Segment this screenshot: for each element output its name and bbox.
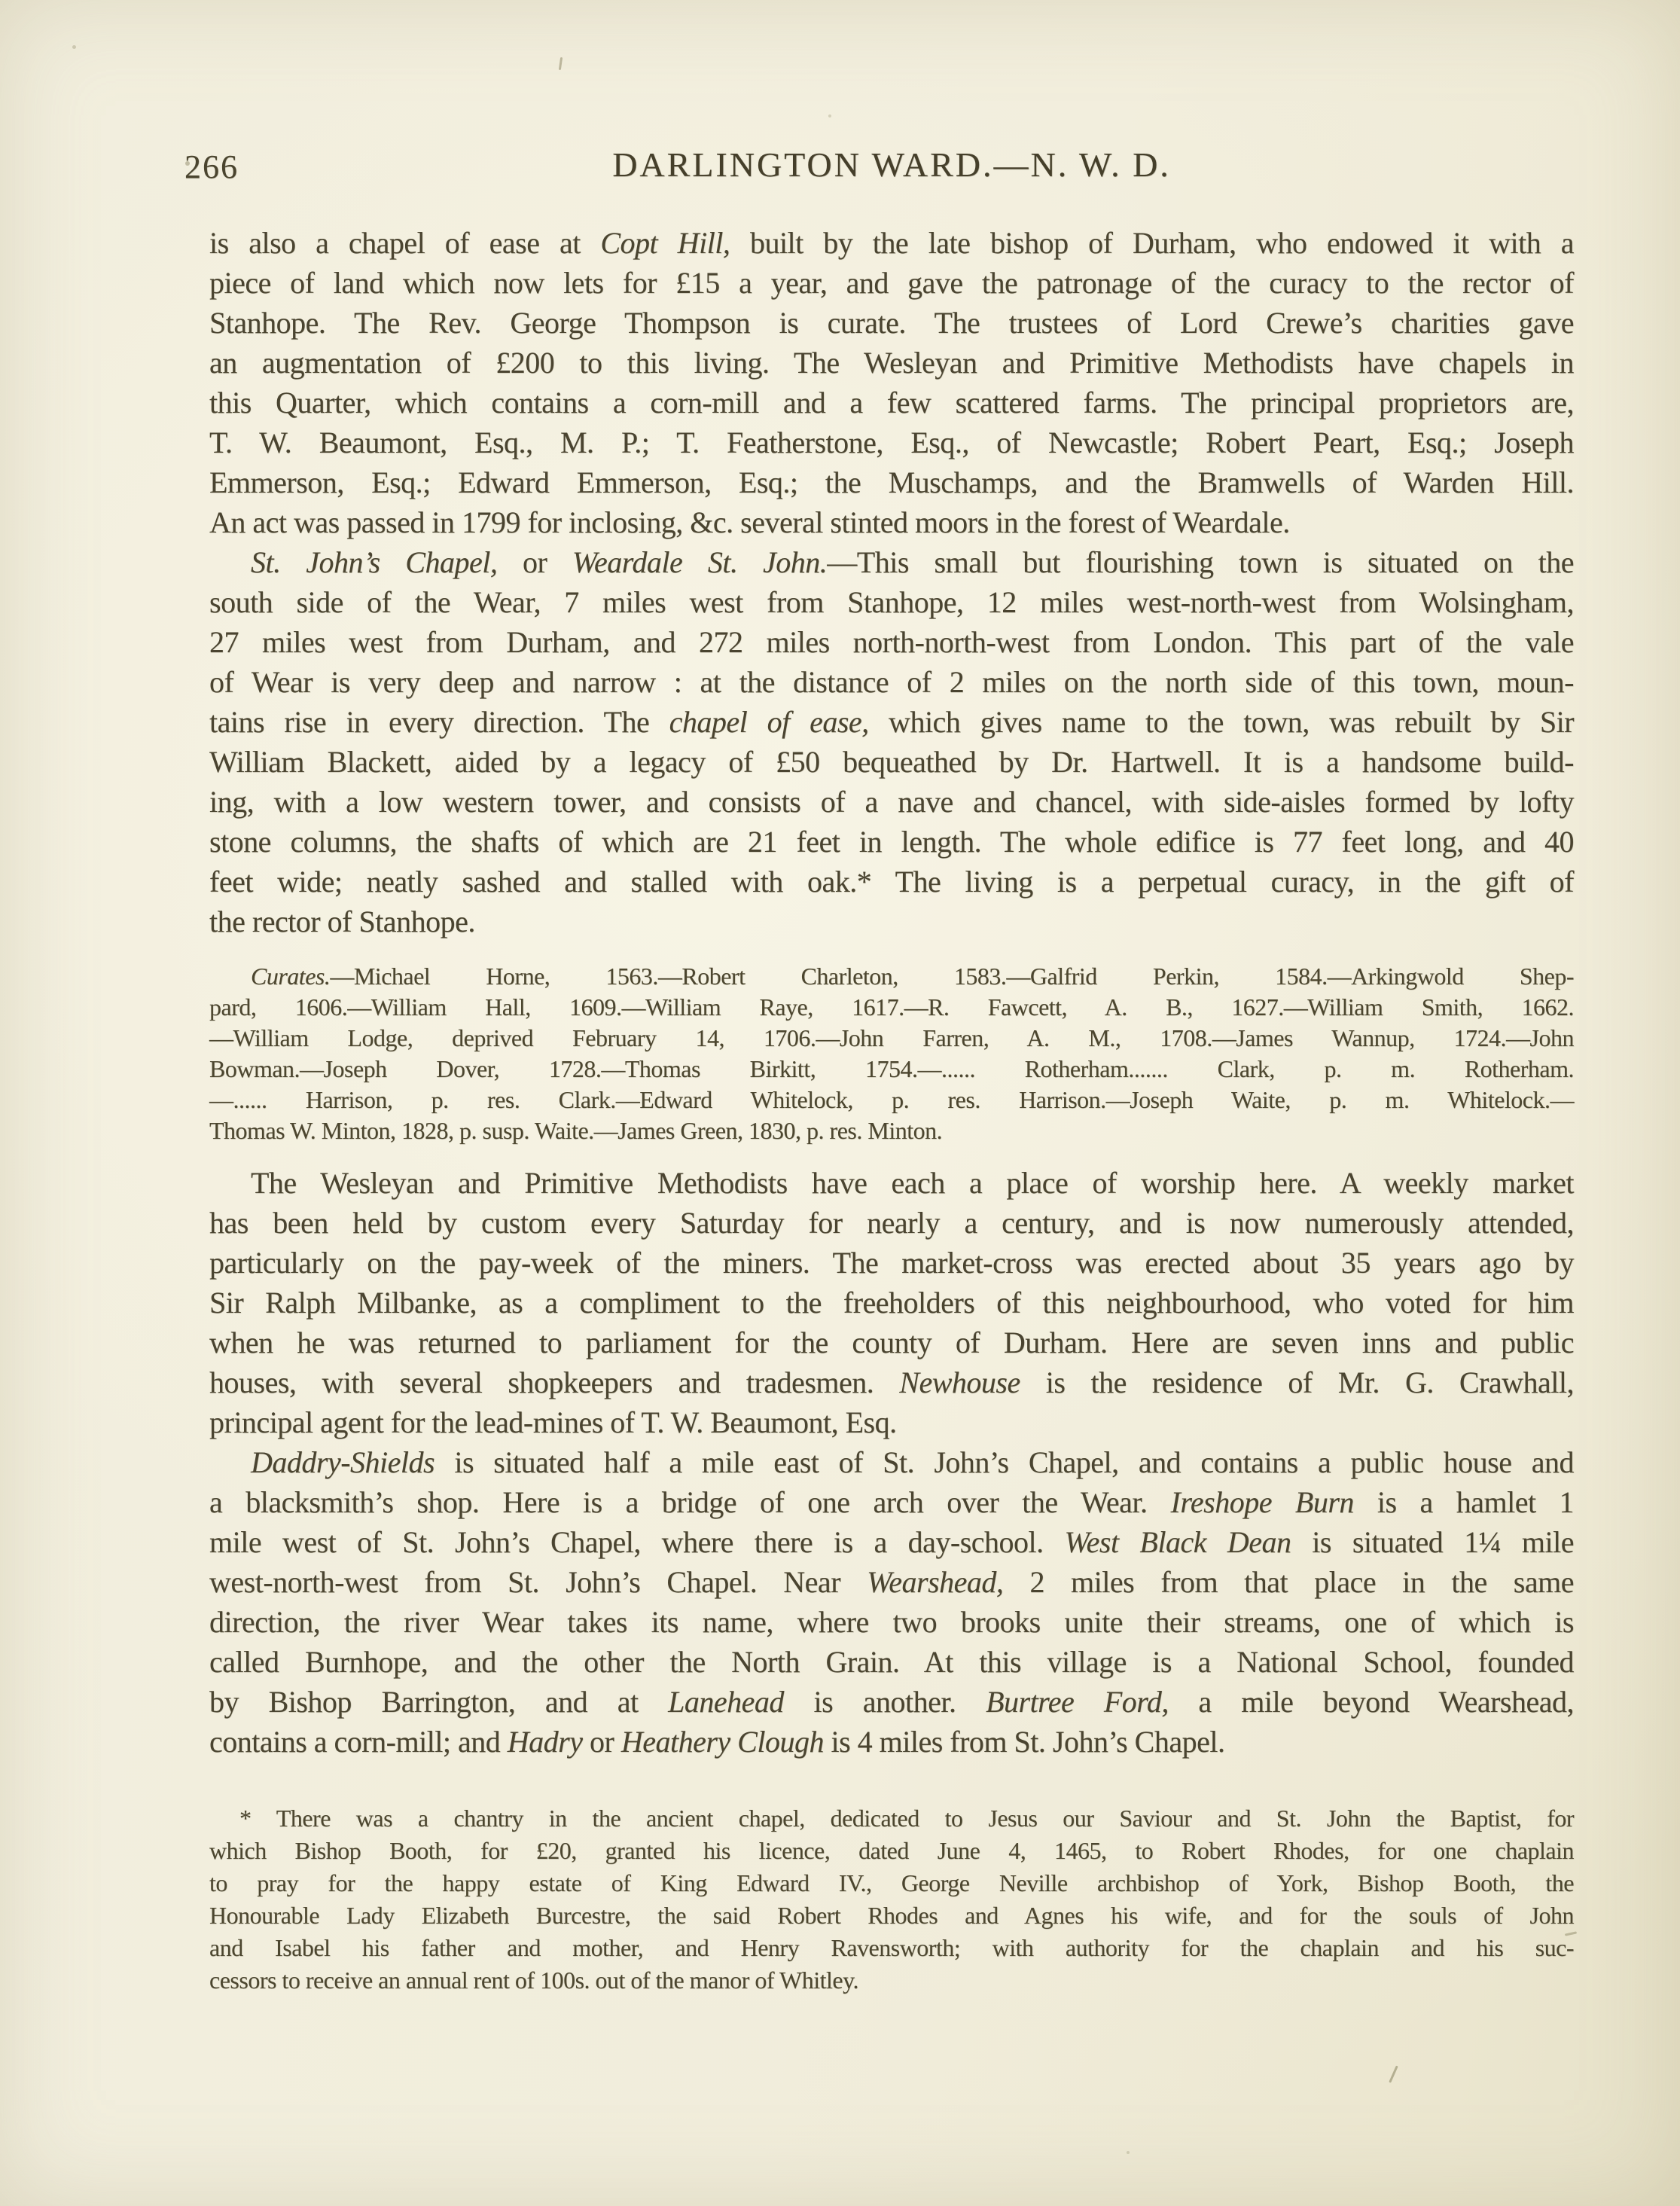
scan-speck	[1389, 2065, 1398, 2082]
scan-speck	[559, 57, 563, 70]
paragraph-copt-hill: is also a chapel of ease at Copt Hill, b…	[209, 223, 1574, 542]
page-body: is also a chapel of ease at Copt Hill, b…	[209, 223, 1574, 1997]
text-line: T. W. Beaumont, Esq., M. P.; T. Feathers…	[209, 423, 1574, 462]
text-line: piece of land which now lets for £15 a y…	[209, 263, 1574, 303]
text-line: pard, 1606.—William Hall, 1609.—William …	[209, 992, 1574, 1023]
text-line: The Wesleyan and Primitive Methodists ha…	[209, 1163, 1574, 1203]
running-header-title: DARLINGTON WARD.—N. W. D.	[209, 145, 1574, 185]
italic-segment: Lanehead	[668, 1685, 784, 1719]
text-line: called Burnhope, and the other the North…	[209, 1642, 1574, 1682]
text-line: Emmerson, Esq.; Edward Emmerson, Esq.; t…	[209, 462, 1574, 502]
italic-segment: Daddry-Shields	[251, 1445, 434, 1479]
text-line: contains a corn-mill; and Hadry or Heath…	[209, 1722, 1574, 1762]
text-line: William Blackett, aided by a legacy of £…	[209, 742, 1574, 782]
text-line: feet wide; neatly sashed and stalled wit…	[209, 862, 1574, 902]
text-line: Curates.—Michael Horne, 1563.—Robert Cha…	[209, 961, 1574, 992]
scan-speck	[1127, 2151, 1130, 2154]
text-line: —William Lodge, deprived February 14, 17…	[209, 1023, 1574, 1054]
text-line: when he was returned to parliament for t…	[209, 1323, 1574, 1362]
italic-segment: Weardale St. John.	[572, 545, 827, 579]
text-line: and Isabel his father and mother, and He…	[209, 1932, 1574, 1964]
text-line: principal agent for the lead-mines of T.…	[209, 1402, 1574, 1442]
italic-segment: Newhouse	[899, 1365, 1020, 1399]
text-line: houses, with several shopkeepers and tra…	[209, 1362, 1574, 1402]
text-line: this Quarter, which contains a corn-mill…	[209, 383, 1574, 423]
text-line: Sir Ralph Milbanke, as a compliment to t…	[209, 1283, 1574, 1323]
italic-segment: Heathery Clough	[621, 1725, 824, 1759]
paragraph-curates-list: Curates.—Michael Horne, 1563.—Robert Cha…	[209, 961, 1574, 1146]
italic-segment: St. John’s Chapel,	[251, 545, 497, 579]
text-line: Bowman.—Joseph Dover, 1728.—Thomas Birki…	[209, 1054, 1574, 1085]
italic-segment: Hadry	[508, 1725, 583, 1759]
text-line: which Bishop Booth, for £20, granted his…	[209, 1835, 1574, 1867]
text-line: Stanhope. The Rev. George Thompson is cu…	[209, 303, 1574, 343]
page-number: 266	[184, 148, 239, 186]
book-page: 266 DARLINGTON WARD.—N. W. D. is also a …	[0, 0, 1680, 2206]
text-line: —...... Harrison, p. res. Clark.—Edward …	[209, 1085, 1574, 1115]
italic-segment: Copt Hill,	[600, 226, 730, 260]
text-line: Honourable Lady Elizabeth Burcestre, the…	[209, 1899, 1574, 1932]
text-line: to pray for the happy estate of King Edw…	[209, 1867, 1574, 1899]
italic-segment: chapel of ease,	[669, 705, 869, 739]
text-line: of Wear is very deep and narrow : at the…	[209, 662, 1574, 702]
text-line: ing, with a low western tower, and consi…	[209, 782, 1574, 822]
text-line: cessors to receive an annual rent of 100…	[209, 1964, 1574, 1997]
text-line: 27 miles west from Durham, and 272 miles…	[209, 622, 1574, 662]
text-line: an augmentation of £200 to this living. …	[209, 343, 1574, 383]
text-line: An act was passed in 1799 for inclosing,…	[209, 502, 1574, 542]
italic-segment: Ireshope Burn	[1171, 1485, 1354, 1519]
paragraph-daddry-shields: Daddry-Shields is situated half a mile e…	[209, 1442, 1574, 1762]
text-line: St. John’s Chapel, or Weardale St. John.…	[209, 542, 1574, 582]
text-line: by Bishop Barrington, and at Lanehead is…	[209, 1682, 1574, 1722]
text-line: south side of the Wear, 7 miles west fro…	[209, 582, 1574, 622]
footnote-chantry: * There was a chantry in the ancient cha…	[209, 1802, 1574, 1997]
scan-speck	[828, 114, 831, 117]
text-line: direction, the river Wear takes its name…	[209, 1602, 1574, 1642]
scan-speck	[72, 45, 76, 49]
paragraph-methodists-market: The Wesleyan and Primitive Methodists ha…	[209, 1163, 1574, 1442]
text-line: a blacksmith’s shop. Here is a bridge of…	[209, 1482, 1574, 1522]
text-line: the rector of Stanhope.	[209, 902, 1574, 941]
text-line: stone columns, the shafts of which are 2…	[209, 822, 1574, 862]
italic-segment: Curates.	[251, 963, 330, 990]
italic-segment: Burtree Ford,	[986, 1685, 1169, 1719]
italic-segment: Wearshead,	[867, 1565, 1003, 1599]
page-header: 266 DARLINGTON WARD.—N. W. D.	[209, 145, 1574, 190]
scan-speck	[185, 161, 190, 166]
text-line: is also a chapel of ease at Copt Hill, b…	[209, 223, 1574, 263]
text-line: * There was a chantry in the ancient cha…	[209, 1802, 1574, 1835]
paragraph-st-johns-chapel: St. John’s Chapel, or Weardale St. John.…	[209, 542, 1574, 941]
text-line: west-north-west from St. John’s Chapel. …	[209, 1562, 1574, 1602]
italic-segment: West Black Dean	[1064, 1525, 1291, 1559]
text-line: tains rise in every direction. The chape…	[209, 702, 1574, 742]
text-line: Thomas W. Minton, 1828, p. susp. Waite.—…	[209, 1115, 1574, 1146]
text-line: Daddry-Shields is situated half a mile e…	[209, 1442, 1574, 1482]
text-line: has been held by custom every Saturday f…	[209, 1203, 1574, 1243]
text-line: particularly on the pay-week of the mine…	[209, 1243, 1574, 1283]
text-line: mile west of St. John’s Chapel, where th…	[209, 1522, 1574, 1562]
